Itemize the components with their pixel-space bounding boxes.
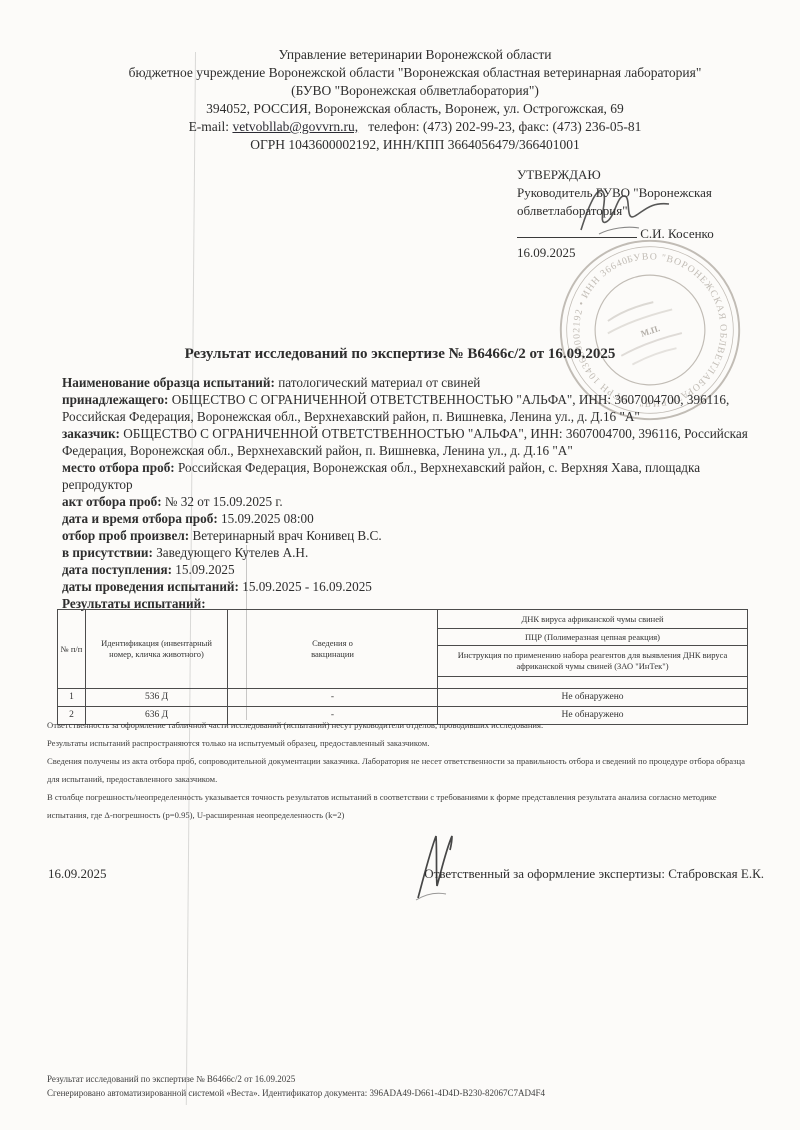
detail-value: 15.09.2025 [175,562,234,577]
cell-result: Не обнаружено [438,689,748,707]
signoff-date: 16.09.2025 [48,866,107,882]
detail-value: № 32 от 15.09.2025 г. [165,494,283,509]
detail-value: патологический материал от свиней [278,375,480,390]
letterhead: Управление ветеринарии Воронежской облас… [35,46,795,154]
detail-line: дата и время отбора проб: 15.09.2025 08:… [62,510,756,527]
col-header-group: ДНК вируса африканской чумы свиней [438,610,748,629]
responsible-person: Ответственный за оформление экспертизы: … [424,866,764,882]
footnote: Ответственность за оформление табличной … [47,716,759,734]
footnote: В столбце погрешность/неопределенность у… [47,788,759,824]
document-title: Результат исследований по экспертизе № В… [35,346,765,363]
detail-line: даты проведения испытаний: 15.09.2025 - … [62,578,756,595]
detail-line: дата поступления: 15.09.2025 [62,561,756,578]
detail-label: принадлежащего: [62,392,168,407]
sample-details: Наименование образца испытаний: патологи… [62,374,756,612]
org-name-line1: Управление ветеринарии Воронежской облас… [35,46,795,64]
detail-line: место отбора проб: Российская Федерация,… [62,459,756,493]
detail-value: Ветеринарный врач Конивец В.С. [192,528,381,543]
col-header-id: Идентификация (инвентарный номер, кличка… [86,610,228,689]
col-header-method: ПЦР (Полимеразная цепная реакция) [438,629,748,646]
detail-label: дата поступления: [62,562,172,577]
footer-line2: Сгенерировано автоматизированной системо… [47,1086,767,1100]
org-email-link: vetvobllab@govvrn.ru, [232,119,358,134]
org-phone-fax: телефон: (473) 202-99-23, факс: (473) 23… [368,119,641,134]
stamp-center-text: М.П. [639,323,661,339]
detail-value: 15.09.2025 08:00 [221,511,314,526]
org-name-line2: бюджетное учреждение Воронежской области… [35,64,795,82]
detail-line: Наименование образца испытаний: патологи… [62,374,756,391]
scanned-document-page: Управление ветеринарии Воронежской облас… [0,0,800,1130]
org-name-line3: (БУВО "Воронежская облветлаборатория") [35,82,795,100]
detail-label: место отбора проб: [62,460,175,475]
org-ogrn-inn: ОГРН 1043600002192, ИНН/КПП 3664056479/3… [35,136,795,154]
col-header-instruction: Инструкция по применению набора реагенто… [438,646,748,677]
detail-line: принадлежащего: ОБЩЕСТВО С ОГРАНИЧЕННОЙ … [62,391,756,425]
footer-line1: Результат исследований по экспертизе № В… [47,1072,767,1086]
detail-label: в присутствии: [62,545,153,560]
detail-label: заказчик: [62,426,120,441]
col-header-spacer [438,677,748,689]
detail-value: 15.09.2025 - 16.09.2025 [242,579,372,594]
detail-line: заказчик: ОБЩЕСТВО С ОГРАНИЧЕННОЙ ОТВЕТС… [62,425,756,459]
document-footer: Результат исследований по экспертизе № В… [47,1072,767,1100]
detail-line: в присутствии: Заведующего Кутелев А.Н. [62,544,756,561]
cell-id: 536 Д [86,689,228,707]
detail-line: отбор проб произвел: Ветеринарный врач К… [62,527,756,544]
org-address: 394052, РОССИЯ, Воронежская область, Вор… [35,100,795,118]
col-header-vacc-label: Сведения о вакцинации [293,638,373,659]
table-row: 1 536 Д - Не обнаружено [58,689,748,707]
detail-label: дата и время отбора проб: [62,511,218,526]
footnote: Результаты испытаний распространяются то… [47,734,759,752]
footnotes: Ответственность за оформление табличной … [47,716,759,824]
detail-value: ОБЩЕСТВО С ОГРАНИЧЕННОЙ ОТВЕТСТВЕННОСТЬЮ… [62,426,748,458]
detail-label: отбор проб произвел: [62,528,189,543]
email-label: E-mail: [189,119,230,134]
org-contacts: E-mail: vetvobllab@govvrn.ru, телефон: (… [35,118,795,136]
results-table: № п/п Идентификация (инвентарный номер, … [57,609,748,725]
cell-num: 1 [58,689,86,707]
col-header-vacc: Сведения о вакцинации [228,610,438,689]
detail-label: Наименование образца испытаний: [62,375,275,390]
detail-line: акт отбора проб: № 32 от 15.09.2025 г. [62,493,756,510]
cell-vacc: - [228,689,438,707]
footnote: Сведения получены из акта отбора проб, с… [47,752,759,788]
detail-label: акт отбора проб: [62,494,162,509]
col-header-num: № п/п [58,610,86,689]
detail-label: даты проведения испытаний: [62,579,239,594]
detail-value: Заведующего Кутелев А.Н. [156,545,308,560]
